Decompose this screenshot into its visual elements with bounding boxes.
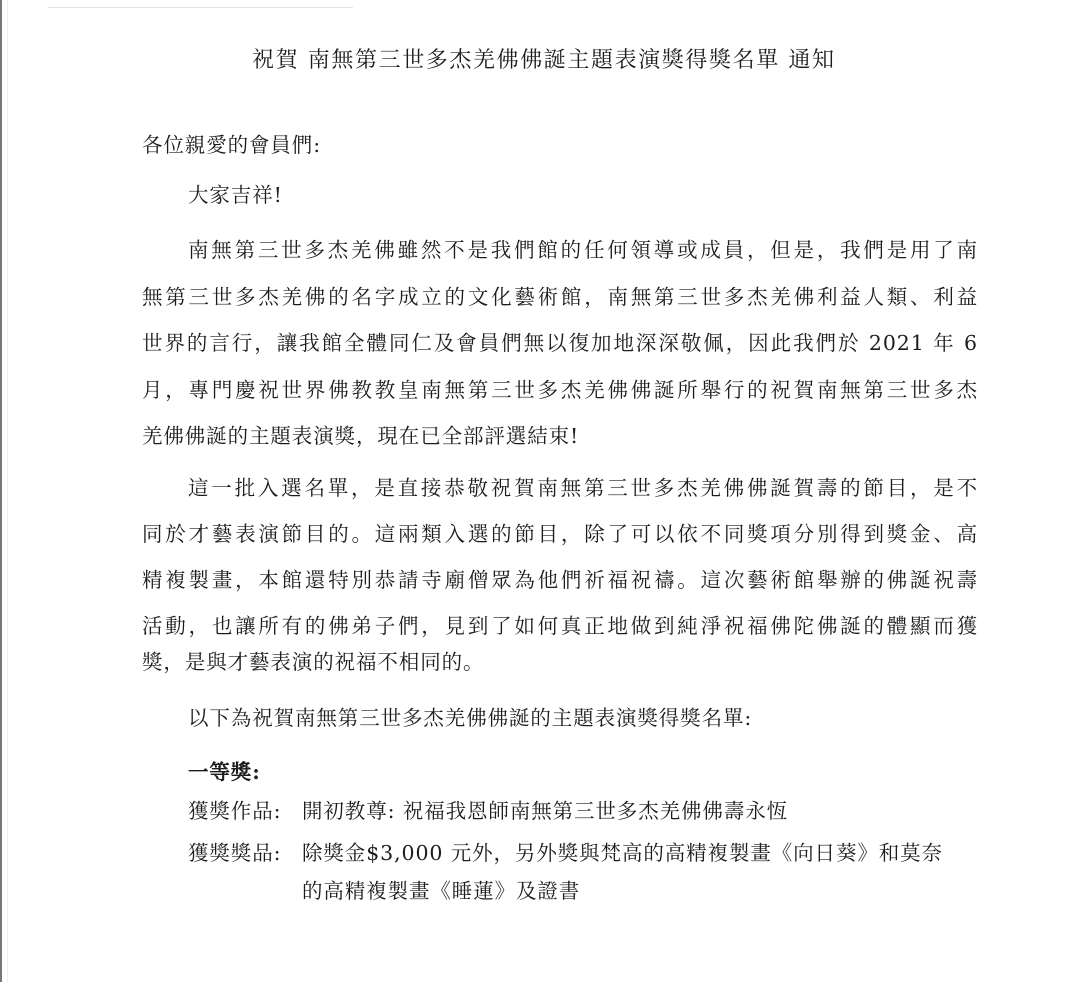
greeting: 大家吉祥!: [188, 181, 283, 209]
award-rank: 一等獎:: [188, 758, 261, 786]
paragraph-2-line-5: 獎，是與才藝表演的祝福不相同的。: [142, 648, 484, 676]
award-prize-value-line-2: 的高精複製畫《睡蓮》及證書: [302, 877, 580, 905]
paragraph-1-line-4: 月，專門慶祝世界佛教教皇南無第三世多杰羌佛佛誕所舉行的祝賀南無第三世多杰: [142, 376, 978, 404]
award-list-intro: 以下為祝賀南無第三世多杰羌佛佛誕的主題表演獎得獎名單:: [188, 704, 752, 732]
award-work-value: 開初教尊: 祝福我恩師南無第三世多杰羌佛佛壽永恆: [302, 797, 788, 825]
paragraph-1-line-1: 南無第三世多杰羌佛雖然不是我們館的任何領導或成員，但是，我們是用了南: [188, 236, 978, 264]
paragraph-1-line-5: 羌佛佛誕的主題表演獎，現在已全部評選結束!: [142, 422, 579, 450]
award-prize-value-line-1: 除獎金$3,000 元外，另外獎與梵高的高精複製畫《向日葵》和莫奈: [302, 839, 943, 867]
paragraph-1-line-3: 世界的言行，讓我館全體同仁及會員們無以復加地深深敬佩，因此我們於 2021 年 …: [142, 329, 978, 357]
paragraph-2-line-4: 活動，也讓所有的佛弟子們，見到了如何真正地做到純淨祝福佛陀佛誕的體顯而獲: [142, 612, 978, 640]
paragraph-2-line-1: 這一批入選名單，是直接恭敬祝賀南無第三世多杰羌佛佛誕賀壽的節目，是不: [188, 474, 978, 502]
award-prize-label: 獲獎獎品:: [188, 839, 281, 867]
salutation: 各位親愛的會員們:: [142, 131, 321, 159]
award-work-label: 獲獎作品:: [188, 797, 281, 825]
paragraph-2-line-2: 同於才藝表演節目的。這兩類入選的節目，除了可以依不同獎項分別得到獎金、高: [142, 520, 978, 548]
document-title: 祝賀 南無第三世多杰羌佛佛誕主題表演獎得獎名單 通知: [252, 47, 836, 75]
paragraph-1-line-2: 無第三世多杰羌佛的名字成立的文化藝術館，南無第三世多杰羌佛利益人類、利益: [142, 283, 978, 311]
document-page: 祝賀 南無第三世多杰羌佛佛誕主題表演獎得獎名單 通知 各位親愛的會員們: 大家吉…: [0, 0, 1080, 982]
paragraph-2-line-3: 精複製畫，本館還特別恭請寺廟僧眾為他們祈福祝禱。這次藝術館舉辦的佛誕祝壽: [142, 566, 978, 594]
